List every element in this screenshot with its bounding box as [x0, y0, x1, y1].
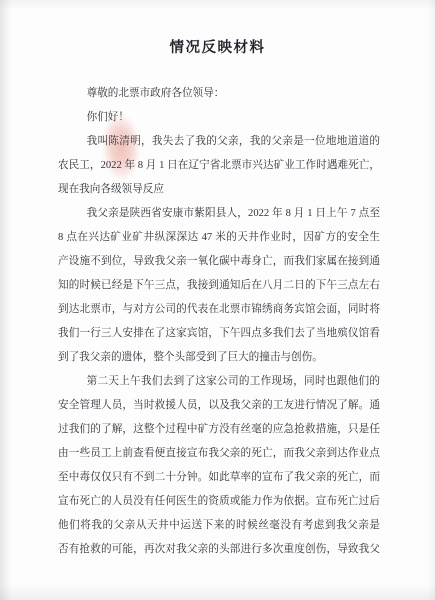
greeting-line: 尊敬的北票市政府各位领导： — [58, 82, 380, 106]
body-line: 农民工，2022 年 8 月 1 日在辽宁省北票市兴达矿业工作时遇难死亡， — [58, 154, 380, 178]
body-line: 我叫陈清明，我失去了我的父亲，我的父亲是一位地地道道的 — [58, 130, 380, 154]
document-title: 情况反映材料 — [0, 36, 435, 57]
body-line: 宣布死亡的人员没有任何医生的资质或能力作为依据。宣布死亡过后 — [58, 490, 380, 514]
body-line: 知的时候已经是下午三点，我接到通知后在八月二日的下午三点左右 — [58, 274, 380, 298]
body-line: 到了我父亲的遗体，整个头部受到了巨大的撞击与创伤。 — [58, 346, 380, 370]
scanned-letter-page: 情况反映材料 尊敬的北票市政府各位领导： 你们好！ 我叫陈清明，我失去了我的父亲… — [0, 0, 435, 600]
body-line: 现在我向各级领导反应 — [58, 178, 380, 202]
body-line: 我父亲是陕西省安康市紫阳县人，2022 年 8 月 1 日上午 7 点至 — [58, 202, 380, 226]
body-line: 至中毒仅仅只有不到二十分钟。如此草率的宣布了我父亲的死亡，而 — [58, 466, 380, 490]
body-line: 否有抢救的可能，再次对我父亲的头部进行多次重度创伤，导致我父 — [58, 538, 380, 562]
body-line: 过我们的了解，这整个过程中矿方没有丝毫的应急抢救措施，只是任 — [58, 418, 380, 442]
body-line: 他们将我的父亲从天井中运送下来的时候丝毫没有考虑到我父亲是 — [58, 514, 380, 538]
body-line: 由一些员工上前查看便直接宣布我父亲的死亡，而我父亲到达作业点 — [58, 442, 380, 466]
body-line: 第二天上午我们去到了这家公司的工作现场，同时也跟他们的 — [58, 370, 380, 394]
body-line: 到达北票市，与对方公司的代表在北票市锦绣商务宾馆会面，同时将 — [58, 298, 380, 322]
letter-body: 尊敬的北票市政府各位领导： 你们好！ 我叫陈清明，我失去了我的父亲，我的父亲是一… — [58, 82, 380, 562]
body-line: 安全管理人员，当时救援人员，以及我父亲的工友进行情况了解。通 — [58, 394, 380, 418]
body-line: 8 点在兴达矿业矿井纵深深达 47 米的天井作业时，因矿方的安全生 — [58, 226, 380, 250]
salutation-line: 你们好！ — [58, 106, 380, 130]
body-line: 产设施不到位，导致我父亲一氧化碳中毒身亡，而我们家属在接到通 — [58, 250, 380, 274]
body-line: 我们一行三人安排在了这家宾馆，下午四点多我们去了当地殡仪馆看 — [58, 322, 380, 346]
